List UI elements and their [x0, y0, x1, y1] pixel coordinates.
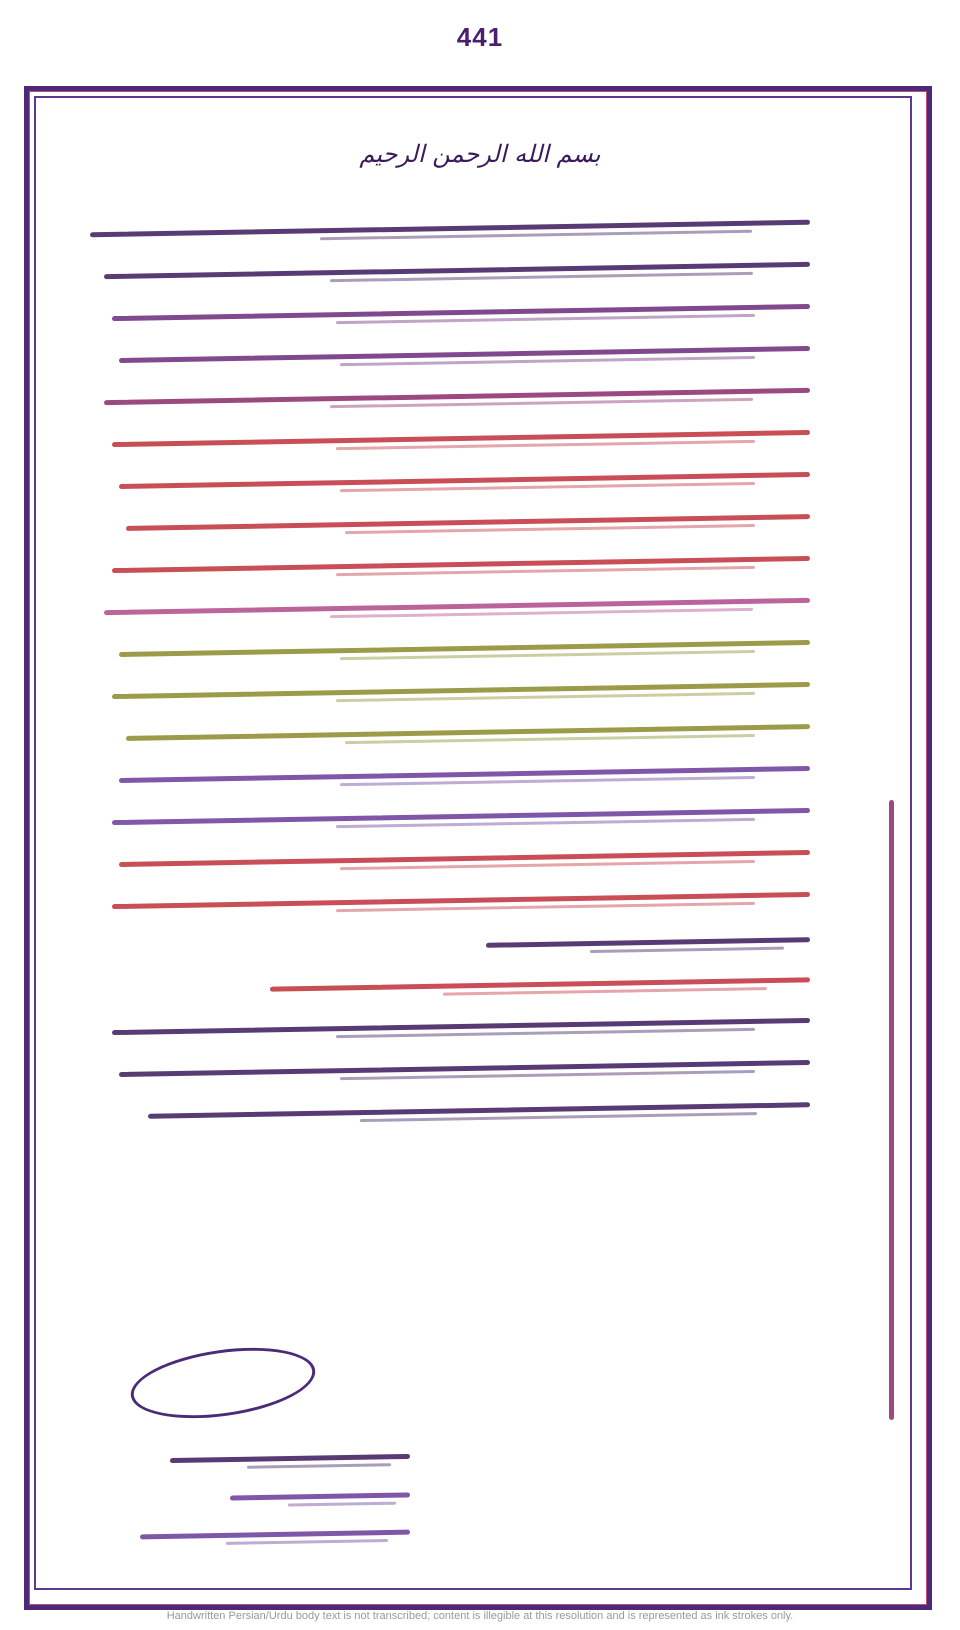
handwritten-line — [90, 1050, 810, 1092]
handwritten-line — [90, 420, 810, 462]
transcription-note: Handwritten Persian/Urdu body text is no… — [0, 1610, 960, 1622]
ink-stroke — [230, 1492, 410, 1500]
ink-stroke — [140, 1530, 410, 1540]
handwritten-line — [90, 252, 810, 294]
ink-stroke — [112, 304, 810, 321]
handwritten-line — [90, 672, 810, 714]
ink-stroke — [486, 937, 810, 948]
handwritten-line — [90, 966, 810, 1008]
margin-note-ink — [889, 800, 894, 1420]
handwritten-line — [90, 798, 810, 840]
ink-stroke — [148, 1102, 810, 1119]
ink-stroke — [126, 724, 810, 741]
ink-stroke — [119, 1060, 810, 1077]
ink-stroke — [90, 220, 810, 238]
handwritten-line — [90, 714, 810, 756]
handwritten-body — [90, 210, 810, 1134]
signature-flourish — [126, 1337, 319, 1428]
ink-stroke — [112, 430, 810, 447]
handwritten-line — [90, 336, 810, 378]
page-number: 441 — [0, 22, 960, 53]
handwritten-line — [90, 462, 810, 504]
ink-stroke — [119, 766, 810, 783]
signature — [110, 1340, 370, 1430]
bismillah-heading: بسم الله الرحمن الرحیم — [0, 140, 960, 168]
handwritten-line — [90, 840, 810, 882]
ink-stroke — [112, 892, 810, 909]
ink-stroke — [170, 1454, 410, 1463]
handwritten-line — [90, 882, 810, 924]
ink-stroke — [119, 346, 810, 363]
ink-stroke — [119, 850, 810, 867]
ink-stroke — [112, 1018, 810, 1035]
handwritten-line — [90, 924, 810, 966]
handwritten-line — [90, 546, 810, 588]
ink-stroke — [270, 977, 810, 991]
handwritten-line — [90, 588, 810, 630]
handwritten-line — [110, 1516, 410, 1554]
date-block — [110, 1440, 410, 1554]
ink-stroke — [104, 598, 810, 615]
vertical-margin-note — [880, 800, 900, 1420]
handwritten-line — [90, 1008, 810, 1050]
ink-stroke — [119, 472, 810, 489]
handwritten-line — [90, 1092, 810, 1134]
ink-stroke — [112, 682, 810, 699]
ink-stroke — [104, 262, 810, 279]
ink-stroke — [126, 514, 810, 531]
ink-stroke — [112, 808, 810, 825]
ink-stroke — [119, 640, 810, 657]
handwritten-line — [110, 1478, 410, 1516]
ink-stroke — [104, 388, 810, 405]
ink-stroke — [112, 556, 810, 573]
handwritten-line — [90, 630, 810, 672]
handwritten-line — [90, 378, 810, 420]
handwritten-line — [110, 1440, 410, 1478]
handwritten-line — [90, 210, 810, 252]
handwritten-line — [90, 504, 810, 546]
handwritten-line — [90, 756, 810, 798]
handwritten-line — [90, 294, 810, 336]
